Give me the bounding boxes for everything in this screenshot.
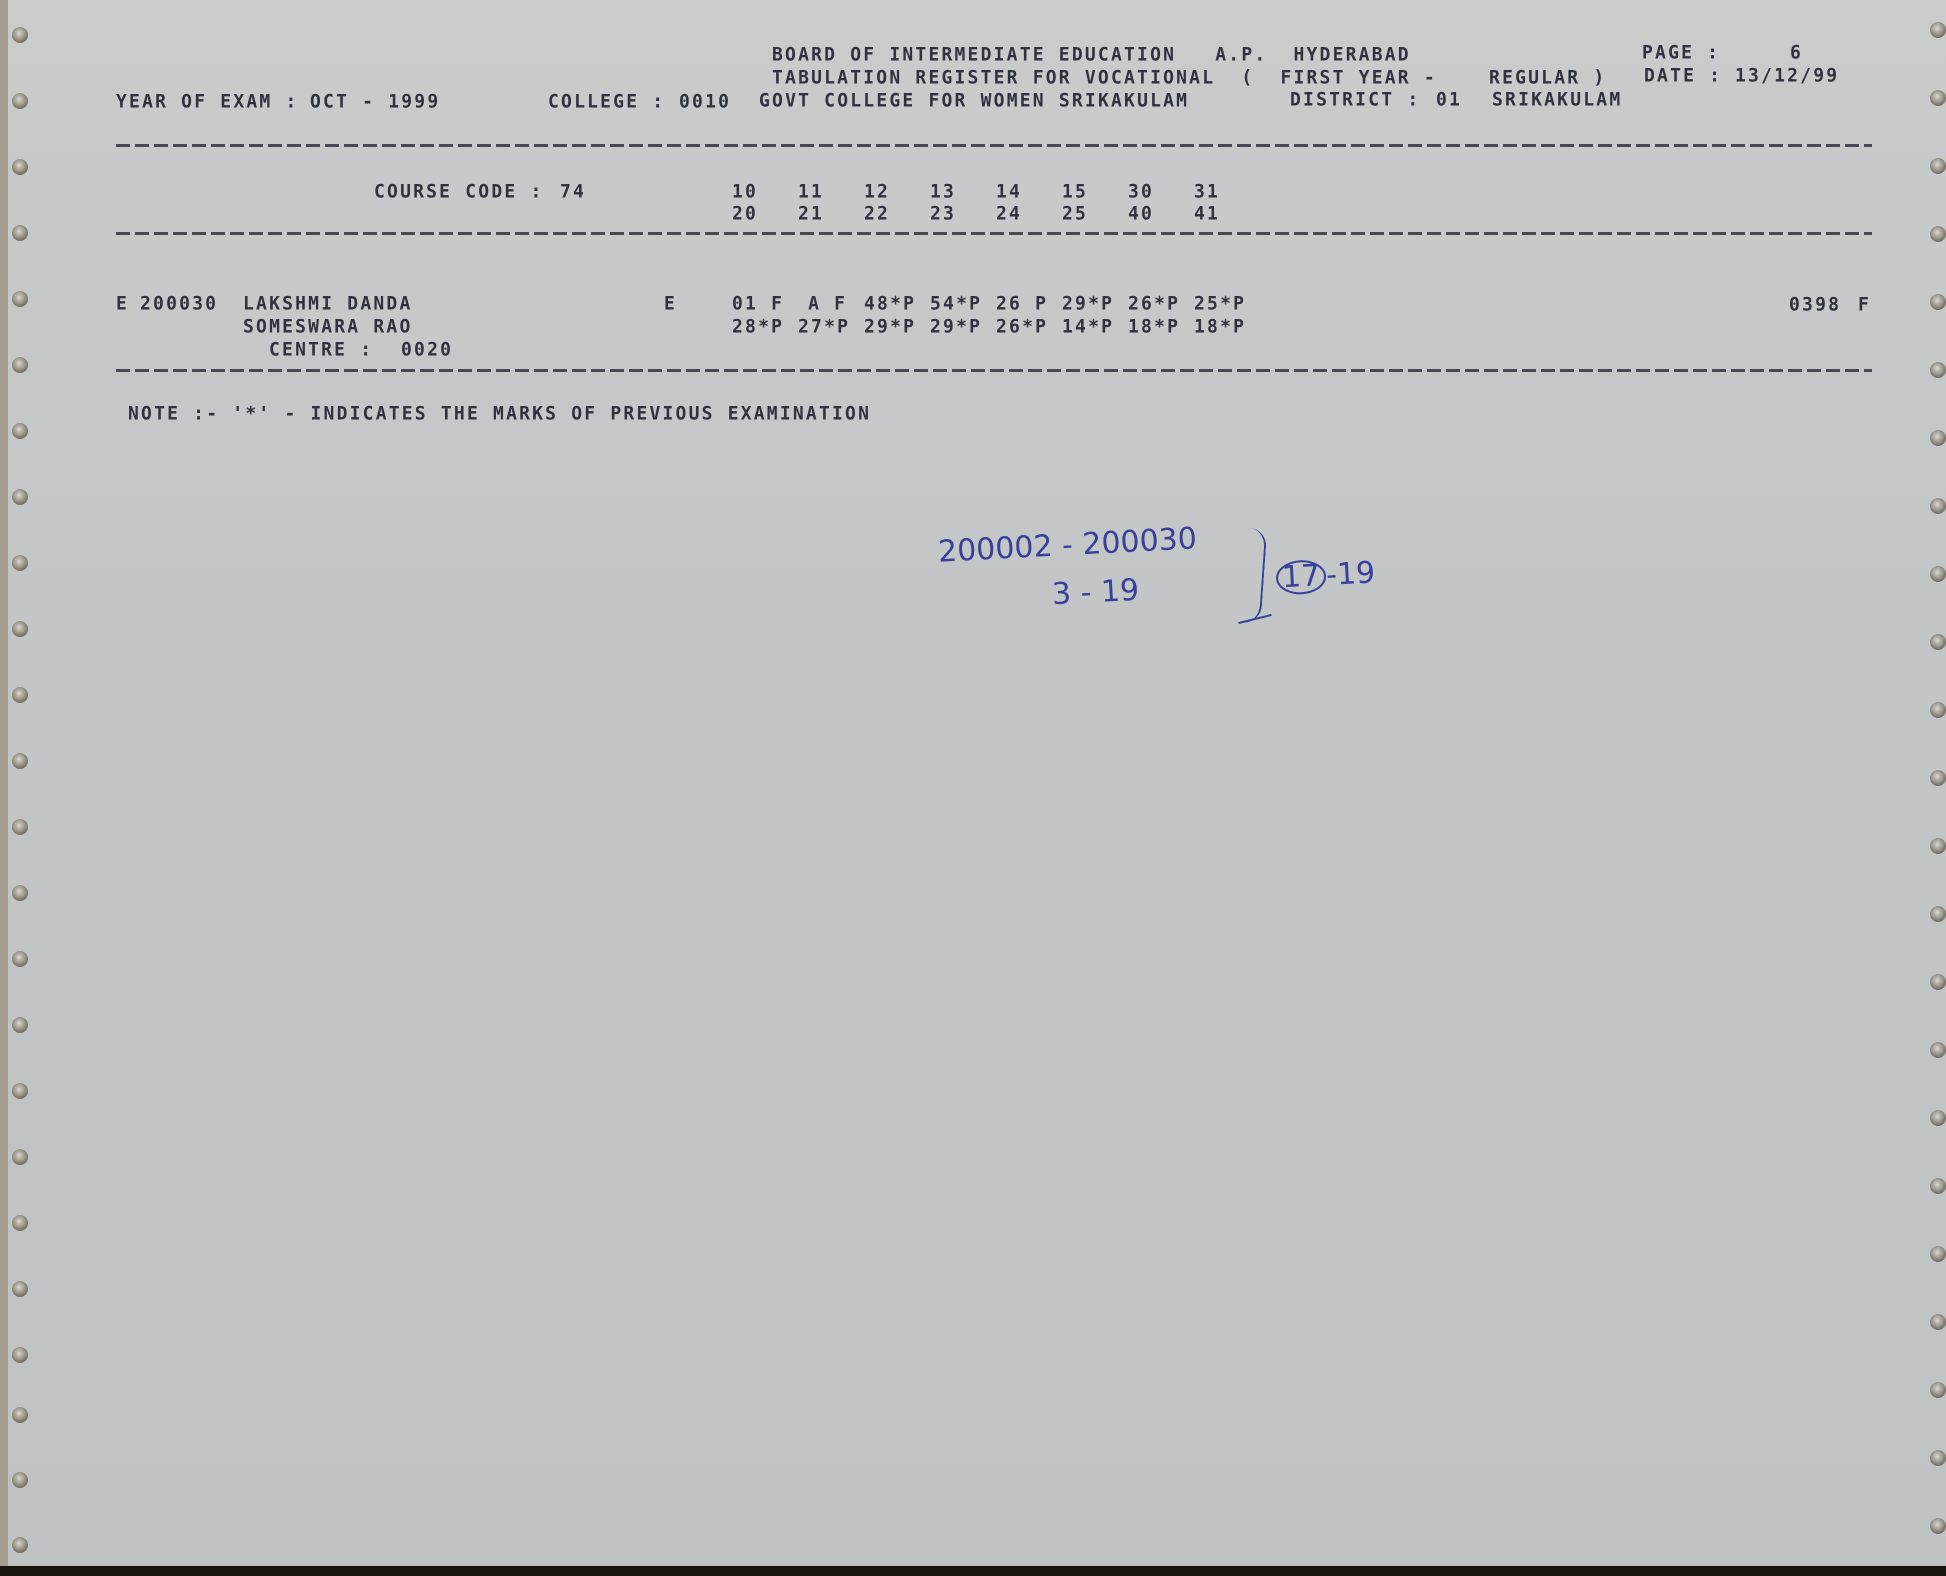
feed-hole-icon	[12, 1017, 28, 1033]
total-marks: 0398	[1789, 293, 1841, 315]
medium: E	[664, 292, 677, 314]
feed-hole-icon	[1930, 1246, 1946, 1262]
feed-hole-icon	[1930, 1314, 1946, 1330]
feed-hole-icon	[1930, 1178, 1946, 1194]
feed-hole-icon	[12, 225, 28, 241]
feed-hole-icon	[12, 951, 28, 967]
feed-hole-icon	[12, 1083, 28, 1099]
mark-cell: 29*P	[930, 315, 982, 337]
subject-code: 15	[1062, 180, 1088, 202]
handwritten-count: 3 - 19	[1051, 573, 1140, 613]
district-name: SRIKAKULAM	[1492, 88, 1622, 110]
page-label: PAGE :	[1642, 41, 1720, 63]
subject-code: 23	[930, 202, 956, 224]
college-label: COLLEGE :	[548, 90, 665, 112]
feed-hole-icon	[12, 1472, 28, 1488]
feed-hole-icon	[1930, 566, 1946, 582]
subject-code: 31	[1194, 180, 1220, 202]
handwritten-range: 200002 - 200030	[937, 521, 1197, 570]
student-name-line1: LAKSHMI DANDA	[243, 292, 412, 314]
feed-hole-icon	[1930, 770, 1946, 786]
mark-cell: 18*P	[1128, 315, 1180, 337]
board-title: BOARD OF INTERMEDIATE EDUCATION A.P. HYD…	[772, 43, 1411, 65]
feed-hole-icon	[1930, 430, 1946, 446]
feed-hole-icon	[1930, 1042, 1946, 1058]
subject-code: 30	[1128, 180, 1154, 202]
subject-code: 25	[1062, 202, 1088, 224]
mark-cell: A F	[782, 292, 847, 314]
feed-hole-icon	[12, 621, 28, 637]
subject-code: 10	[732, 180, 758, 202]
mark-cell: 26 P	[996, 292, 1048, 314]
date-label: DATE :	[1644, 64, 1722, 86]
year-of-exam-value: OCT - 1999	[310, 90, 440, 112]
feed-hole-icon	[1930, 1450, 1946, 1466]
district-label: DISTRICT :	[1290, 88, 1420, 110]
feed-hole-icon	[12, 885, 28, 901]
feed-hole-icon	[12, 1537, 28, 1553]
feed-hole-icon	[12, 27, 28, 43]
feed-hole-icon	[1930, 362, 1946, 378]
handwritten-suffix: -19	[1325, 555, 1376, 593]
subject-code: 13	[930, 180, 956, 202]
subject-code: 22	[864, 202, 890, 224]
feed-hole-icon	[12, 1347, 28, 1363]
feed-hole-icon	[1930, 634, 1946, 650]
mark-cell: 28*P	[732, 315, 784, 337]
mark-cell: 01 F	[732, 292, 784, 314]
subject-code: 12	[864, 180, 890, 202]
centre-value: 0020	[401, 338, 453, 360]
feed-hole-icon	[12, 423, 28, 439]
hall-ticket-number: 200030	[140, 292, 218, 314]
subject-code: 11	[798, 180, 824, 202]
college-name: GOVT COLLEGE FOR WOMEN SRIKAKULAM	[759, 89, 1189, 111]
date-value: 13/12/99	[1735, 64, 1839, 86]
college-code: 0010	[679, 90, 731, 112]
result-status: F	[1858, 293, 1871, 315]
divider	[116, 144, 1872, 147]
feed-hole-icon	[12, 159, 28, 175]
page-number: 6	[1790, 41, 1803, 63]
mark-cell: 14*P	[1062, 315, 1114, 337]
feed-hole-icon	[1930, 1382, 1946, 1398]
feed-hole-icon	[12, 1149, 28, 1165]
feed-hole-icon	[1930, 294, 1946, 310]
subject-code: 41	[1194, 202, 1220, 224]
mark-cell: 29*P	[864, 315, 916, 337]
feed-hole-icon	[12, 687, 28, 703]
footnote: NOTE :- '*' - INDICATES THE MARKS OF PRE…	[128, 402, 871, 424]
mark-cell: 48*P	[864, 292, 916, 314]
divider	[116, 369, 1872, 372]
feed-hole-icon	[12, 1281, 28, 1297]
feed-hole-icon	[1930, 974, 1946, 990]
feed-hole-icon	[1930, 838, 1946, 854]
subject-code: 14	[996, 180, 1022, 202]
brace-icon	[1237, 527, 1268, 623]
feed-hole-icon	[12, 753, 28, 769]
feed-hole-icon	[12, 357, 28, 373]
feed-hole-icon	[12, 819, 28, 835]
divider	[116, 232, 1872, 235]
mark-cell: 54*P	[930, 292, 982, 314]
feed-hole-icon	[1930, 906, 1946, 922]
mark-cell: 26*P	[1128, 292, 1180, 314]
subject-code: 21	[798, 202, 824, 224]
course-code-label: COURSE CODE :	[374, 180, 543, 202]
subject-code: 40	[1128, 202, 1154, 224]
feed-hole-icon	[12, 555, 28, 571]
mark-cell: 29*P	[1062, 292, 1114, 314]
feed-hole-icon	[1930, 498, 1946, 514]
feed-hole-icon	[1930, 90, 1946, 106]
centre-label: CENTRE :	[269, 338, 373, 360]
circled-number: 17	[1275, 559, 1327, 596]
student-name-line2: SOMESWARA RAO	[243, 315, 412, 337]
feed-hole-icon	[12, 93, 28, 109]
subject-code: 24	[996, 202, 1022, 224]
feed-hole-icon	[1930, 1110, 1946, 1126]
record-category: E	[116, 292, 129, 314]
mark-cell: 26*P	[996, 315, 1048, 337]
subject-code: 20	[732, 202, 758, 224]
mark-cell: 18*P	[1194, 315, 1246, 337]
feed-hole-icon	[1930, 158, 1946, 174]
feed-hole-icon	[1930, 226, 1946, 242]
feed-hole-icon	[1930, 1518, 1946, 1534]
tabulation-sheet: BOARD OF INTERMEDIATE EDUCATION A.P. HYD…	[0, 0, 1946, 1566]
mark-cell: 27*P	[798, 315, 850, 337]
district-code: 01	[1436, 88, 1462, 110]
feed-hole-icon	[12, 1407, 28, 1423]
feed-hole-icon	[12, 291, 28, 307]
scan-bottom-edge	[0, 1566, 1946, 1576]
feed-hole-icon	[12, 489, 28, 505]
feed-hole-icon	[1930, 702, 1946, 718]
year-of-exam-label: YEAR OF EXAM :	[116, 90, 299, 112]
handwritten-total: 17-19	[1275, 555, 1376, 595]
mark-cell: 25*P	[1194, 292, 1246, 314]
register-title: TABULATION REGISTER FOR VOCATIONAL ( FIR…	[772, 66, 1606, 88]
course-code-value: 74	[560, 180, 586, 202]
feed-hole-icon	[1930, 22, 1946, 38]
feed-hole-icon	[12, 1215, 28, 1231]
